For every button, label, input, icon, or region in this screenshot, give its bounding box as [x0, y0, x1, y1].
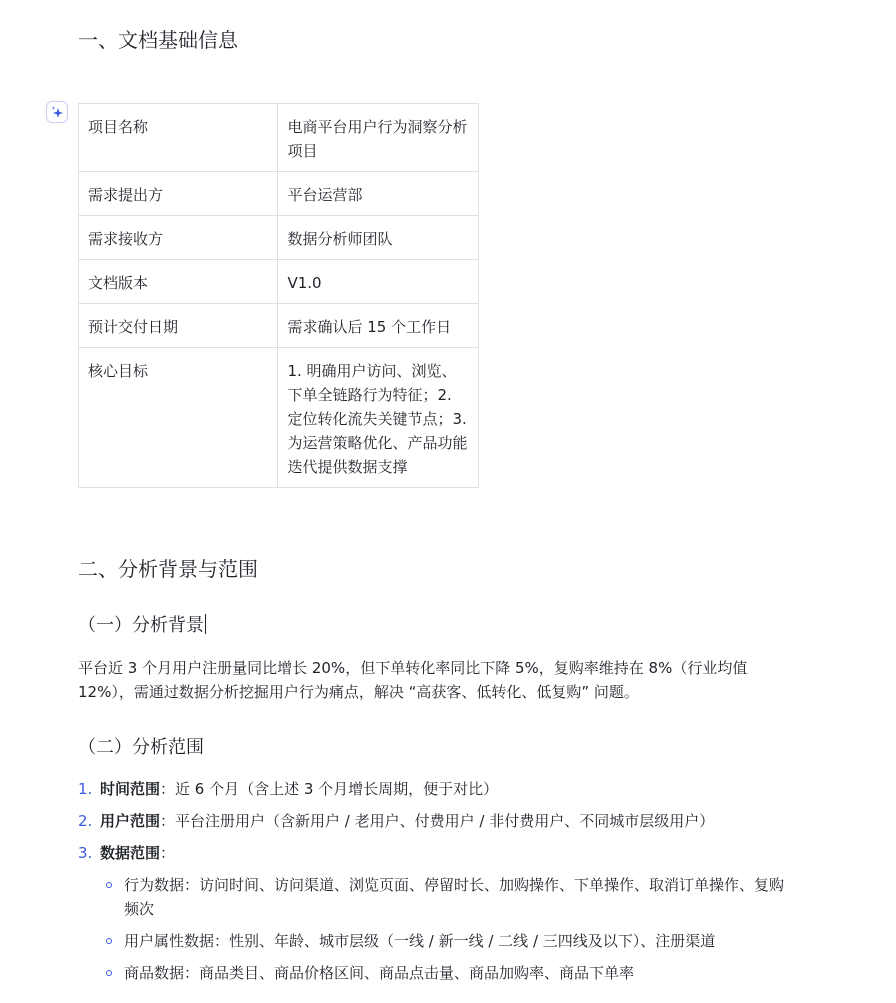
list-item-label: 用户范围: [100, 812, 160, 830]
data-scope-sublist: 行为数据：访问时间、访问渠道、浏览页面、停留时长、加购操作、下单操作、取消订单操…: [102, 873, 798, 985]
list-item[interactable]: 2. 用户范围：平台注册用户（含新用户 / 老用户、付费用户 / 非付费用户、不…: [78, 809, 798, 833]
subheading-scope: （二）分析范围: [78, 735, 204, 761]
table-row: 核心目标 1. 明确用户访问、浏览、下单全链路行为特征；2. 定位转化流失关键节…: [79, 348, 479, 488]
list-item[interactable]: 1. 时间范围：近 6 个月（含上述 3 个月增长周期，便于对比）: [78, 777, 798, 801]
table-cell-value[interactable]: 平台运营部: [278, 172, 479, 216]
sublist-item[interactable]: 行为数据：访问时间、访问渠道、浏览页面、停留时长、加购操作、下单操作、取消订单操…: [102, 873, 790, 921]
table-cell-key[interactable]: 项目名称: [79, 104, 278, 172]
sparkle-icon: [50, 105, 64, 119]
table-row: 预计交付日期 需求确认后 15 个工作日: [79, 304, 479, 348]
table-cell-value[interactable]: V1.0: [278, 260, 479, 304]
table-cell-value[interactable]: 1. 明确用户访问、浏览、下单全链路行为特征；2. 定位转化流失关键节点；3. …: [278, 348, 479, 488]
scope-list: 1. 时间范围：近 6 个月（含上述 3 个月增长周期，便于对比） 2. 用户范…: [78, 777, 798, 993]
list-number: 3.: [78, 841, 92, 865]
text-cursor: [205, 614, 206, 634]
table-cell-key[interactable]: 需求提出方: [79, 172, 278, 216]
hollow-circle-bullet-icon: [106, 882, 112, 888]
table-cell-key[interactable]: 文档版本: [79, 260, 278, 304]
table-cell-value[interactable]: 需求确认后 15 个工作日: [278, 304, 479, 348]
section-heading-basic-info: 一、文档基础信息: [78, 26, 238, 54]
list-item-text: ：近 6 个月（含上述 3 个月增长周期，便于对比）: [160, 780, 498, 798]
list-item-label: 时间范围: [100, 780, 160, 798]
section-heading-background-scope: 二、分析背景与范围: [78, 555, 258, 583]
table-row: 需求接收方 数据分析师团队: [79, 216, 479, 260]
subheading-background[interactable]: （一）分析背景: [78, 613, 206, 639]
hollow-circle-bullet-icon: [106, 938, 112, 944]
sublist-item-text: 用户属性数据：性别、年龄、城市层级（一线 / 新一线 / 二线 / 三四线及以下…: [124, 932, 715, 950]
list-item[interactable]: 3. 数据范围： 行为数据：访问时间、访问渠道、浏览页面、停留时长、加购操作、下…: [78, 841, 798, 985]
subheading-background-text: （一）分析背景: [78, 615, 204, 636]
list-number: 1.: [78, 777, 92, 801]
sublist-item-text: 行为数据：访问时间、访问渠道、浏览页面、停留时长、加购操作、下单操作、取消订单操…: [124, 876, 784, 918]
table-row: 项目名称 电商平台用户行为洞察分析项目: [79, 104, 479, 172]
hollow-circle-bullet-icon: [106, 970, 112, 976]
list-number: 2.: [78, 809, 92, 833]
table-cell-key[interactable]: 核心目标: [79, 348, 278, 488]
table-cell-value[interactable]: 电商平台用户行为洞察分析项目: [278, 104, 479, 172]
sublist-item[interactable]: 用户属性数据：性别、年龄、城市层级（一线 / 新一线 / 二线 / 三四线及以下…: [102, 929, 790, 953]
table-row: 需求提出方 平台运营部: [79, 172, 479, 216]
sublist-item[interactable]: 商品数据：商品类目、商品价格区间、商品点击量、商品加购率、商品下单率: [102, 961, 790, 985]
table-cell-key[interactable]: 需求接收方: [79, 216, 278, 260]
list-item-text: ：: [160, 844, 175, 862]
ai-assist-button[interactable]: [46, 101, 68, 123]
background-paragraph[interactable]: 平台近 3 个月用户注册量同比增长 20%，但下单转化率同比下降 5%，复购率维…: [78, 656, 778, 704]
list-item-text: ：平台注册用户（含新用户 / 老用户、付费用户 / 非付费用户、不同城市层级用户…: [160, 812, 714, 830]
table-cell-key[interactable]: 预计交付日期: [79, 304, 278, 348]
table-cell-value[interactable]: 数据分析师团队: [278, 216, 479, 260]
sublist-item-text: 商品数据：商品类目、商品价格区间、商品点击量、商品加购率、商品下单率: [124, 964, 634, 982]
list-item-label: 数据范围: [100, 844, 160, 862]
basic-info-table: 项目名称 电商平台用户行为洞察分析项目 需求提出方 平台运营部 需求接收方 数据…: [78, 103, 479, 488]
table-row: 文档版本 V1.0: [79, 260, 479, 304]
